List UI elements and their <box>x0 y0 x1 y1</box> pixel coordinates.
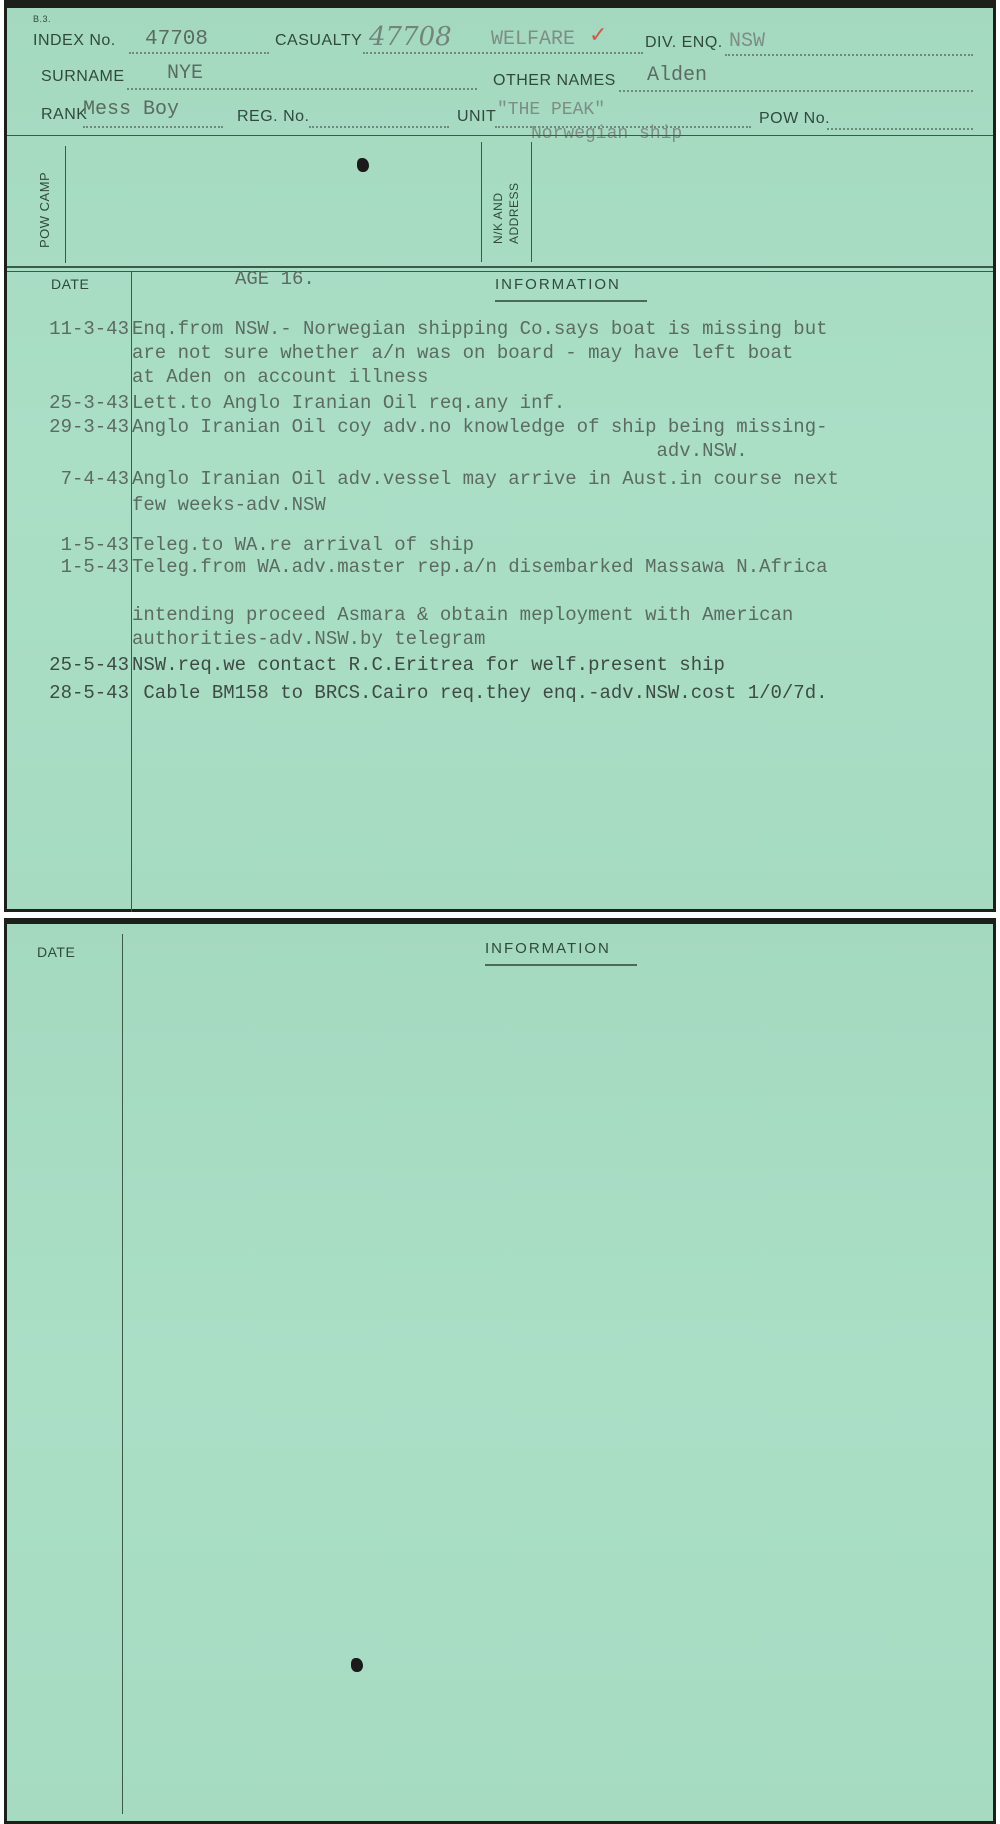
index-no-value: 47708 <box>145 28 208 51</box>
entry-text: few weeks-adv.NSW <box>132 494 326 516</box>
other-names-label: OTHER NAMES <box>493 72 616 90</box>
punch-hole <box>357 158 369 172</box>
unit-label: UNIT <box>457 108 496 126</box>
surname-label: SURNAME <box>41 68 125 86</box>
index-card-back: DATE INFORMATION <box>4 918 996 1824</box>
date-header: DATE <box>51 276 89 292</box>
unit-note: Norwegian ship <box>531 124 682 144</box>
entry-text: NSW.req.we contact R.C.Eritrea for welf.… <box>132 654 725 676</box>
entry-text: at Aden on account illness <box>132 366 428 388</box>
casualty-value: WELFARE <box>491 28 575 51</box>
pow-no-label: POW No. <box>759 110 830 128</box>
date-header: DATE <box>37 944 75 960</box>
reg-no-label: REG. No. <box>237 108 309 126</box>
index-no-label: INDEX No. <box>33 32 116 50</box>
rank-label: RANK <box>41 106 87 124</box>
entry-date: 7-4-43 <box>11 468 129 490</box>
nk-address-label-1: N/K AND <box>491 192 505 244</box>
entry-text: Anglo Iranian Oil coy adv.no knowledge o… <box>132 416 828 438</box>
entry-text: adv.NSW. <box>132 440 748 462</box>
entry-text: Teleg.to WA.re arrival of ship <box>132 534 474 556</box>
entry-text: Anglo Iranian Oil adv.vessel may arrive … <box>132 468 839 490</box>
nk-address-label-2: ADDRESS <box>507 182 521 244</box>
surname-value: NYE <box>167 62 203 85</box>
casualty-label: CASUALTY <box>275 32 362 50</box>
entry-text: Enq.from NSW.- Norwegian shipping Co.say… <box>132 318 828 340</box>
entry-text: Lett.to Anglo Iranian Oil req.any inf. <box>132 392 565 414</box>
entry-date: 29-3-43 <box>11 416 129 438</box>
pow-camp-label: POW CAMP <box>37 172 52 248</box>
check-mark-icon: ✓ <box>589 22 607 48</box>
entry-date: 1-5-43 <box>11 534 129 556</box>
index-card-front: B.3. INDEX No. 47708 CASUALTY 47708 WELF… <box>4 0 996 912</box>
entry-date: 11-3-43 <box>11 318 129 340</box>
entry-text: Teleg.from WA.adv.master rep.a/n disemba… <box>132 556 828 578</box>
entry-date: 25-3-43 <box>11 392 129 414</box>
entry-date: 25-5-43 <box>11 654 129 676</box>
age-note: AGE 16. <box>235 268 315 290</box>
unit-value: "THE PEAK" <box>497 100 605 120</box>
entry-date: 1-5-43 <box>11 556 129 578</box>
information-header: INFORMATION <box>485 940 611 957</box>
div-enq-value: NSW <box>729 30 765 53</box>
casualty-handwritten: 47708 <box>369 22 452 52</box>
rank-value: Mess Boy <box>83 98 179 121</box>
entry-date: 28-5-43 <box>11 682 129 704</box>
entry-text: Cable BM158 to BRCS.Cairo req.they enq.-… <box>132 682 828 704</box>
div-enq-label: DIV. ENQ. <box>645 34 723 52</box>
punch-hole <box>351 1658 363 1672</box>
entry-text: authorities-adv.NSW.by telegram <box>132 628 485 650</box>
entry-text: are not sure whether a/n was on board - … <box>132 342 793 364</box>
information-header: INFORMATION <box>495 276 621 293</box>
other-names-value: Alden <box>647 64 707 87</box>
entry-text: intending proceed Asmara & obtain meploy… <box>132 604 793 626</box>
form-code: B.3. <box>33 14 51 24</box>
